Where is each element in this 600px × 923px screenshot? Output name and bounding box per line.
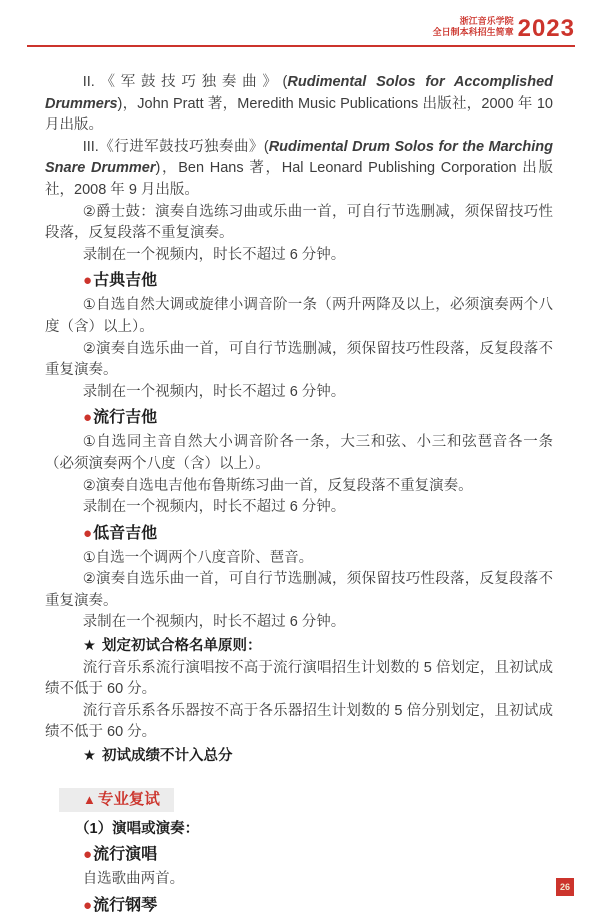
header-rule-divider <box>27 45 575 47</box>
bass-guitar-item-2: ②演奏自选乐曲一首，可自行节选删减，须保留技巧性段落，反复段落不重复演奏。 <box>45 569 553 612</box>
section-heading-pop-guitar: ●流行吉他 <box>45 406 553 429</box>
section-heading-label: 流行演唱 <box>93 846 157 863</box>
section-heading-classical-guitar: ●古典吉他 <box>45 269 553 292</box>
page-content: II.《军鼓技巧独奏曲》(Rudimental Solos for Accomp… <box>45 72 553 920</box>
retest-item-label: （1）演唱或演奏： <box>45 819 553 841</box>
section-heading-label: 流行钢琴 <box>93 897 157 914</box>
section-heading-bass-guitar: ●低音吉他 <box>45 522 553 545</box>
star-icon: ★ <box>83 748 96 764</box>
pop-vocal-body: 自选歌曲两首。 <box>45 869 553 891</box>
section-heading-pop-piano: ●流行钢琴 <box>45 894 553 917</box>
pop-guitar-item-1: ①自选同主音自然大小调音阶各一条，大三和弦、小三和弦琶音各一条（必须演奏两个八度… <box>45 432 553 475</box>
jazz-drum-recording-note: 录制在一个视频内，时长不超过 6 分钟。 <box>45 245 553 267</box>
red-bullet-icon: ● <box>83 846 92 863</box>
section-heading-label: 低音吉他 <box>93 525 157 542</box>
pop-guitar-item-2: ②演奏自选电吉他布鲁斯练习曲一首，反复段落不重复演奏。 <box>45 476 553 498</box>
classical-guitar-item-1: ①自选自然大调或旋律小调音阶一条（两升两降及以上，必须演奏两个八度（含）以上）。 <box>45 295 553 338</box>
score-note: ★初试成绩不计入总分 <box>45 746 553 768</box>
shortlist-rule-heading-label: 划定初试合格名单原则： <box>102 638 262 654</box>
score-note-label: 初试成绩不计入总分 <box>102 748 233 764</box>
book-entry-ii: II.《军鼓技巧独奏曲》(Rudimental Solos for Accomp… <box>45 72 553 137</box>
header-titles: 浙江音乐学院 全日制本科招生简章 <box>433 16 514 40</box>
bass-guitar-recording-note: 录制在一个视频内，时长不超过 6 分钟。 <box>45 612 553 634</box>
shortlist-rule-heading: ★划定初试合格名单原则： <box>45 636 553 658</box>
header-school-name: 浙江音乐学院 <box>433 16 514 27</box>
retest-banner-label: 专业复试 <box>98 791 160 808</box>
book-entry-iii: III.《行进军鼓技巧独奏曲》(Rudimental Drum Solos fo… <box>45 137 553 202</box>
book-iii-prefix: III.《行进军鼓技巧独奏曲》( <box>83 139 269 155</box>
header-brochure-title: 全日制本科招生简章 <box>433 27 514 38</box>
classical-guitar-item-2: ②演奏自选乐曲一首，可自行节选删减，须保留技巧性段落，反复段落不重复演奏。 <box>45 339 553 382</box>
section-heading-label: 古典吉他 <box>93 272 157 289</box>
shortlist-rule-1: 流行音乐系流行演唱按不高于流行演唱招生计划数的 5 倍划定，且初试成绩不低于 6… <box>45 658 553 701</box>
retest-banner-row: ▲专业复试 <box>45 768 553 819</box>
triangle-icon: ▲ <box>83 792 96 807</box>
classical-guitar-recording-note: 录制在一个视频内，时长不超过 6 分钟。 <box>45 382 553 404</box>
red-bullet-icon: ● <box>83 409 92 426</box>
document-page: 浙江音乐学院 全日制本科招生简章 2023 II.《军鼓技巧独奏曲》(Rudim… <box>0 0 600 923</box>
red-bullet-icon: ● <box>83 272 92 289</box>
header-year: 2023 <box>518 18 575 40</box>
red-bullet-icon: ● <box>83 525 92 542</box>
page-number-badge: 26 <box>556 878 574 896</box>
star-icon: ★ <box>83 638 96 654</box>
book-ii-prefix: II.《军鼓技巧独奏曲》( <box>83 74 288 90</box>
section-heading-pop-vocal: ●流行演唱 <box>45 843 553 866</box>
page-header: 浙江音乐学院 全日制本科招生简章 2023 <box>27 16 575 55</box>
retest-section-banner: ▲专业复试 <box>59 788 174 812</box>
bass-guitar-item-1: ①自选一个调两个八度音阶、琶音。 <box>45 548 553 570</box>
book-ii-suffix: )，John Pratt 著，Meredith Music Publicatio… <box>45 96 553 134</box>
jazz-drum-item: ②爵士鼓：演奏自选练习曲或乐曲一首，可自行节选删减，须保留技巧性段落，反复段落不… <box>45 202 553 245</box>
red-bullet-icon: ● <box>83 897 92 914</box>
shortlist-rule-2: 流行音乐系各乐器按不高于各乐器招生计划数的 5 倍分别划定，且初试成绩不低于 6… <box>45 701 553 744</box>
pop-guitar-recording-note: 录制在一个视频内，时长不超过 6 分钟。 <box>45 497 553 519</box>
section-heading-label: 流行吉他 <box>93 409 157 426</box>
